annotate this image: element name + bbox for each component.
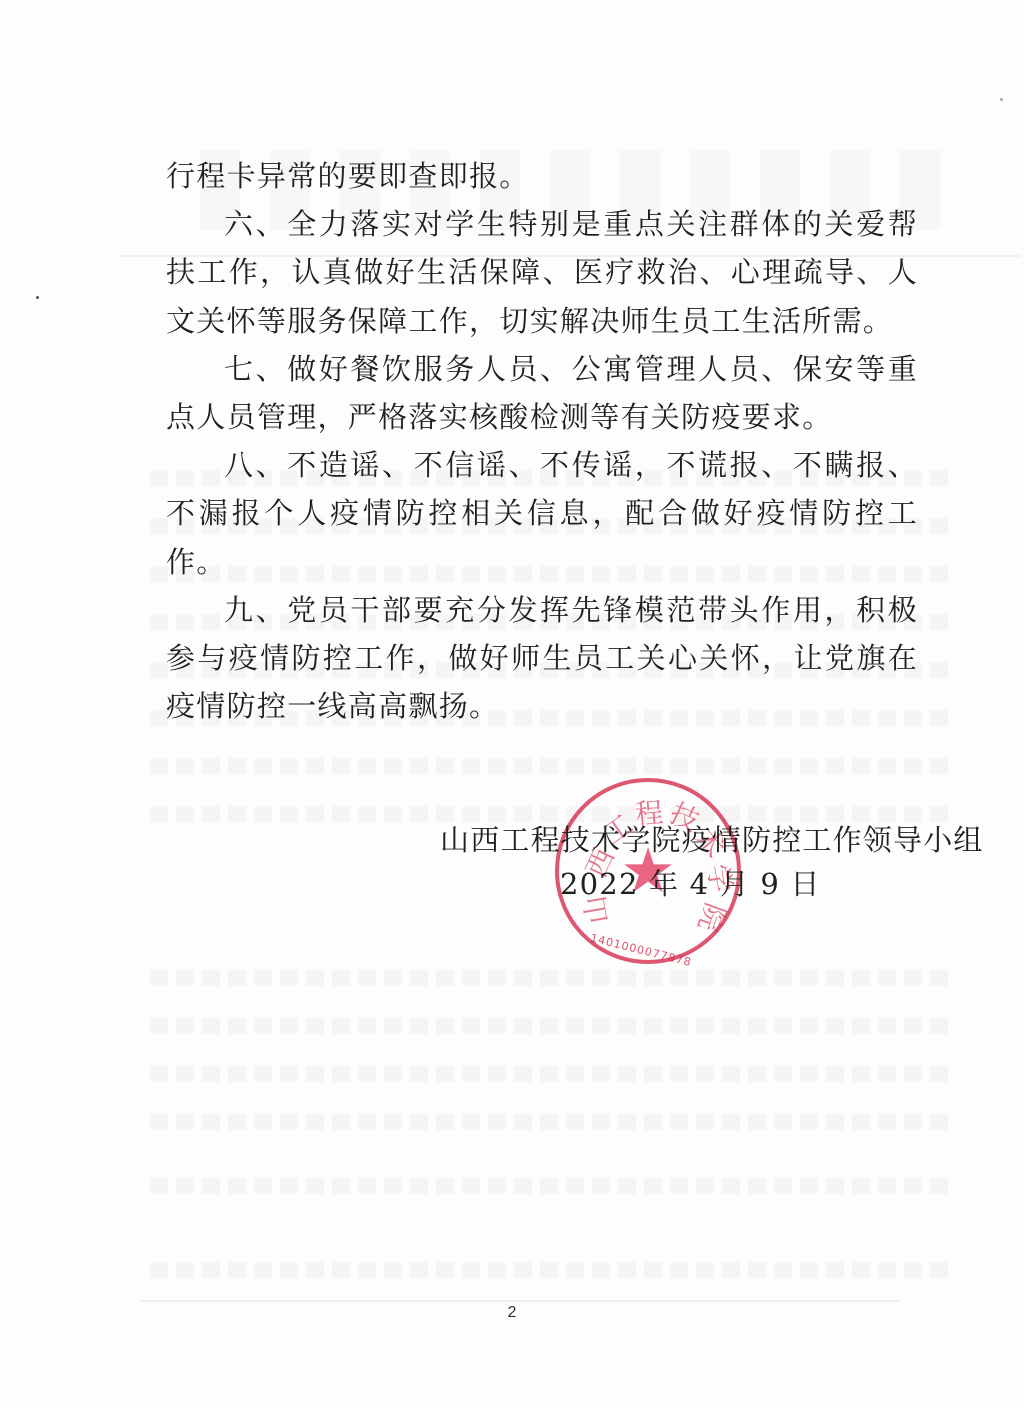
scan-speck [1000,98,1003,101]
paragraph-item-7: 七、做好餐饮服务人员、公寓管理人员、保安等重点人员管理，严格落实核酸检测等有关防… [166,345,918,441]
ghost-rule [140,1300,900,1302]
issue-date: 2022 年 4 月 9 日 [440,862,920,906]
document-page: 行程卡异常的要即查即报。 六、全力落实对学生特别是重点关注群体的关爱帮扶工作，认… [0,0,1024,1408]
scan-speck [36,296,39,299]
ghost-line [150,1066,950,1082]
ghost-line [150,1018,950,1034]
page-number: 2 [0,1304,1024,1322]
ghost-line [150,1114,950,1130]
signature-block: 山西工程技术学院疫情防控工作领导小组 2022 年 4 月 9 日 [440,818,920,906]
paragraph-item-9: 九、党员干部要充分发挥先锋模范带头作用，积极参与疫情防控工作，做好师生员工关心关… [166,586,918,731]
ghost-line [150,1262,950,1278]
paragraph-item-8: 八、不造谣、不信谣、不传谣，不谎报、不瞒报、不漏报个人疫情防控相关信息，配合做好… [166,441,918,586]
ghost-line [150,758,950,774]
paragraph-continuation: 行程卡异常的要即查即报。 [166,152,918,200]
seal-code: 1401000077878 [589,931,693,969]
ghost-line [150,1178,950,1194]
ghost-line [150,970,950,986]
body-text: 行程卡异常的要即查即报。 六、全力落实对学生特别是重点关注群体的关爱帮扶工作，认… [166,152,918,730]
issuing-organization: 山西工程技术学院疫情防控工作领导小组 [440,818,920,862]
paragraph-item-6: 六、全力落实对学生特别是重点关注群体的关爱帮扶工作，认真做好生活保障、医疗救治、… [166,200,918,345]
